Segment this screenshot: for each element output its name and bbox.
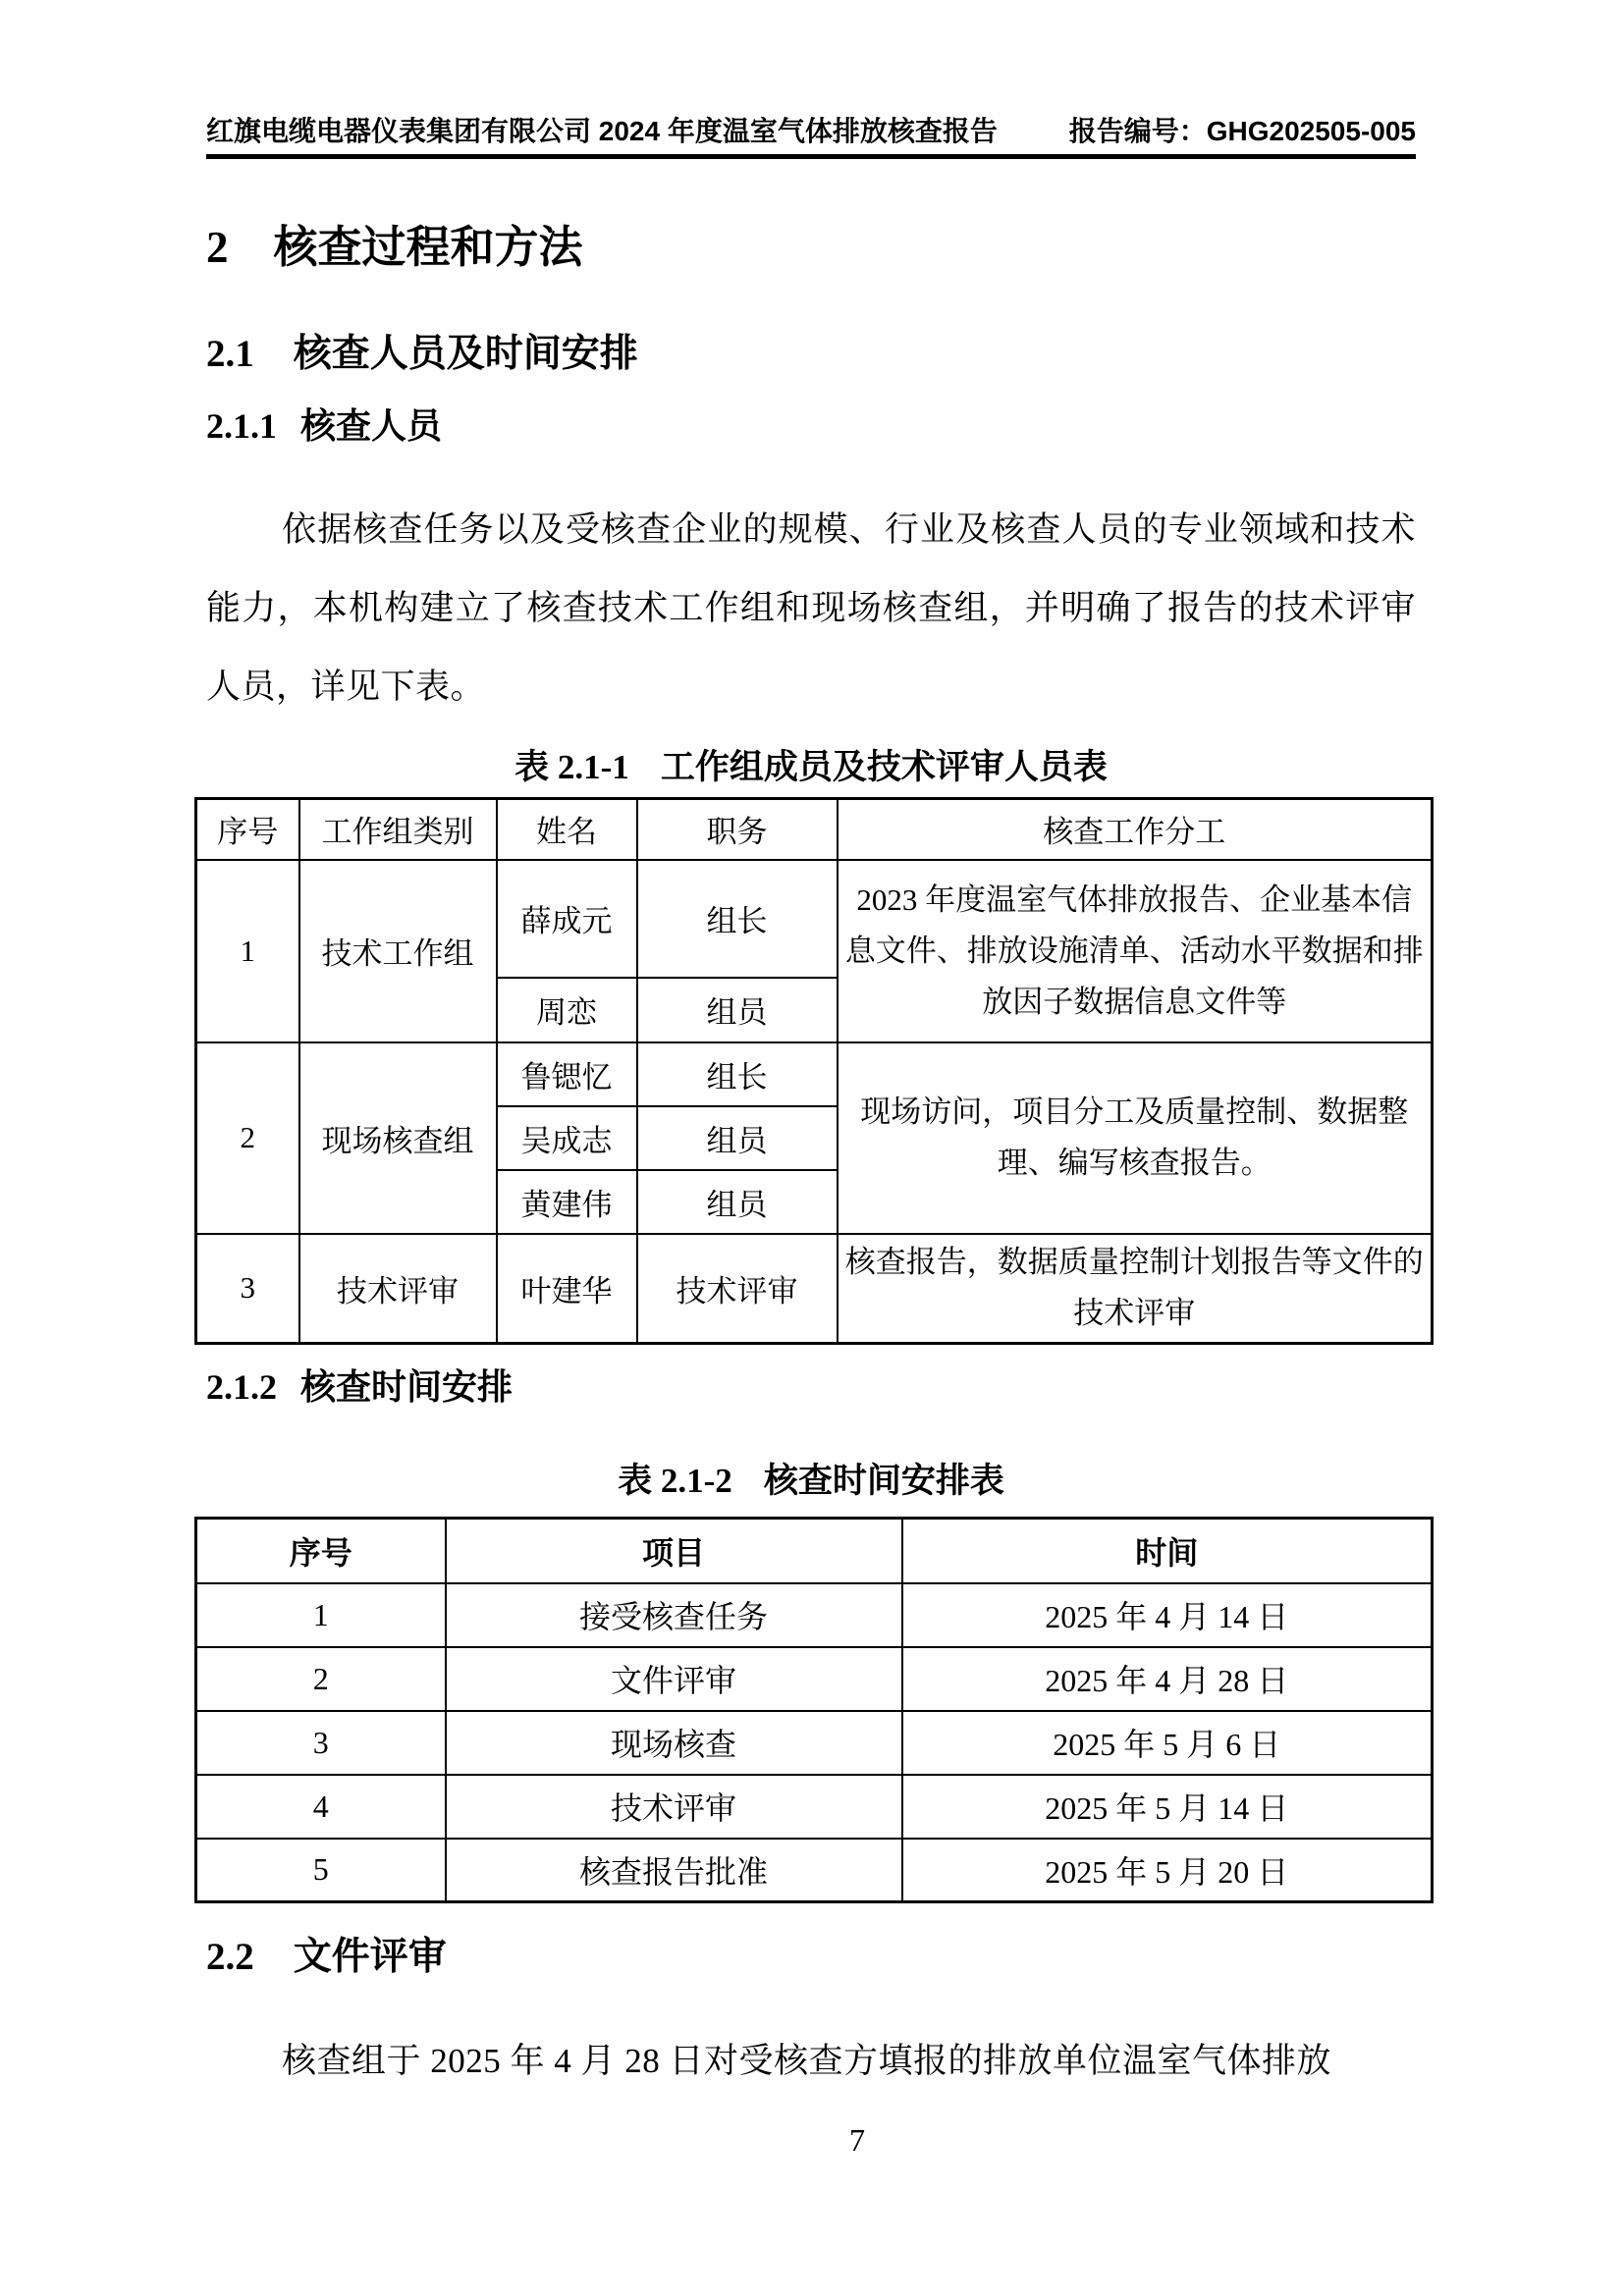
section-heading-2-1: 2.1核查人员及时间安排: [206, 332, 1416, 376]
table-row: 1 接受核查任务 2025 年 4 月 14 日: [196, 1583, 1433, 1647]
cell-role: 技术评审: [637, 1234, 838, 1344]
cell-item: 核查报告批准: [446, 1839, 902, 1902]
section-heading-2-2: 2.2文件评审: [206, 1935, 1416, 1979]
cell-time: 2025 年 5 月 20 日: [902, 1839, 1433, 1902]
cell-scope: 2023 年度温室气体排放报告、企业基本信息文件、排放设施清单、活动水平数据和排…: [838, 860, 1433, 1042]
heading-number: 2.1.2: [206, 1366, 277, 1409]
paragraph-document-review: 核查组于 2025 年 4 月 28 日对受核查方填报的排放单位温室气体排放: [206, 2022, 1416, 2101]
table-caption-label: 表 2.1-2: [618, 1462, 732, 1500]
header-rule: [206, 154, 1416, 159]
cell-name: 黄建伟: [497, 1170, 637, 1234]
table-row: 3 现场核查 2025 年 5 月 6 日: [196, 1711, 1433, 1775]
cell-time: 2025 年 5 月 6 日: [902, 1711, 1433, 1775]
paragraph-verifier-setup: 依据核查任务以及受核查企业的规模、行业及核查人员的专业领域和技术能力，本机构建立…: [206, 491, 1416, 726]
col-header-name: 姓名: [497, 799, 637, 860]
table-row: 2 现场核查组 鲁锶忆 组长 现场访问，项目分工及质量控制、数据整理、编写核查报…: [196, 1042, 1433, 1106]
table-header-row: 序号 工作组类别 姓名 职务 核查工作分工: [196, 799, 1433, 860]
cell-seq: 1: [196, 1583, 446, 1647]
table-header-row: 序号 项目 时间: [196, 1519, 1433, 1583]
cell-seq: 5: [196, 1839, 446, 1902]
col-header-seq: 序号: [196, 1519, 446, 1583]
col-header-item: 项目: [446, 1519, 902, 1583]
table-2-1-1-caption: 表 2.1-1工作组成员及技术评审人员表: [206, 746, 1416, 789]
cell-category: 技术工作组: [299, 860, 497, 1042]
heading-number: 2.1: [206, 332, 254, 376]
heading-number: 2.1.1: [206, 405, 277, 448]
table-2-1-2-caption: 表 2.1-2核查时间安排表: [206, 1460, 1416, 1503]
cell-seq: 2: [196, 1647, 446, 1711]
cell-role: 组员: [637, 1170, 838, 1234]
cell-seq: 4: [196, 1775, 446, 1839]
cell-scope: 核查报告，数据质量控制计划报告等文件的技术评审: [838, 1234, 1433, 1344]
cell-role: 组员: [637, 978, 838, 1042]
cell-seq: 3: [196, 1234, 299, 1344]
heading-number: 2.2: [206, 1935, 254, 1979]
header-title: 红旗电缆电器仪表集团有限公司 2024 年度温室气体排放核查报告: [206, 116, 998, 147]
cell-name: 吴成志: [497, 1106, 637, 1170]
cell-time: 2025 年 4 月 14 日: [902, 1583, 1433, 1647]
col-header-role: 职务: [637, 799, 838, 860]
col-header-seq: 序号: [196, 799, 299, 860]
cell-item: 接受核查任务: [446, 1583, 902, 1647]
col-header-category: 工作组类别: [299, 799, 497, 860]
cell-seq: 3: [196, 1711, 446, 1775]
schedule-table: 序号 项目 时间 1 接受核查任务 2025 年 4 月 14 日 2 文件评审…: [194, 1517, 1434, 1903]
page-footer: 7: [0, 2122, 1624, 2159]
cell-role: 组员: [637, 1106, 838, 1170]
cell-name: 薛成元: [497, 860, 637, 978]
cell-role: 组长: [637, 1042, 838, 1106]
page-header: 红旗电缆电器仪表集团有限公司 2024 年度温室气体排放核查报告 报告编号：GH…: [206, 0, 1416, 159]
heading-text: 核查人员: [300, 406, 442, 446]
table-row: 4 技术评审 2025 年 5 月 14 日: [196, 1775, 1433, 1839]
table-caption-text: 工作组成员及技术评审人员表: [661, 748, 1108, 786]
cell-item: 现场核查: [446, 1711, 902, 1775]
cell-seq: 1: [196, 860, 299, 1042]
section-heading-2: 2核查过程和方法: [206, 222, 1416, 273]
section-heading-2-1-1: 2.1.1核查人员: [206, 405, 1416, 448]
section-heading-2-1-2: 2.1.2核查时间安排: [206, 1366, 1416, 1409]
cell-name: 鲁锶忆: [497, 1042, 637, 1106]
table-row: 1 技术工作组 薛成元 组长 2023 年度温室气体排放报告、企业基本信息文件、…: [196, 860, 1433, 978]
cell-role: 组长: [637, 860, 838, 978]
cell-seq: 2: [196, 1042, 299, 1234]
cell-scope: 现场访问，项目分工及质量控制、数据整理、编写核查报告。: [838, 1042, 1433, 1234]
table-row: 3 技术评审 叶建华 技术评审 核查报告，数据质量控制计划报告等文件的技术评审: [196, 1234, 1433, 1344]
table-row: 5 核查报告批准 2025 年 5 月 20 日: [196, 1839, 1433, 1902]
heading-text: 文件评审: [294, 1936, 447, 1978]
col-header-scope: 核查工作分工: [838, 799, 1433, 860]
document-page: 红旗电缆电器仪表集团有限公司 2024 年度温室气体排放核查报告 报告编号：GH…: [0, 0, 1624, 2296]
cell-category: 现场核查组: [299, 1042, 497, 1234]
heading-number: 2: [206, 222, 229, 273]
cell-time: 2025 年 4 月 28 日: [902, 1647, 1433, 1711]
header-report-number: 报告编号：GHG202505-005: [1069, 116, 1416, 147]
team-members-table: 序号 工作组类别 姓名 职务 核查工作分工 1 技术工作组 薛成元 组长 202…: [194, 797, 1434, 1345]
cell-category: 技术评审: [299, 1234, 497, 1344]
cell-name: 周恋: [497, 978, 637, 1042]
table-caption-text: 核查时间安排表: [764, 1462, 1004, 1500]
heading-text: 核查过程和方法: [274, 223, 583, 272]
table-caption-label: 表 2.1-1: [514, 748, 629, 786]
cell-name: 叶建华: [497, 1234, 637, 1344]
table-row: 2 文件评审 2025 年 4 月 28 日: [196, 1647, 1433, 1711]
cell-time: 2025 年 5 月 14 日: [902, 1775, 1433, 1839]
heading-text: 核查时间安排: [300, 1367, 513, 1407]
cell-item: 技术评审: [446, 1775, 902, 1839]
page-number: 7: [849, 2122, 865, 2158]
heading-text: 核查人员及时间安排: [294, 333, 638, 375]
col-header-time: 时间: [902, 1519, 1433, 1583]
cell-item: 文件评审: [446, 1647, 902, 1711]
